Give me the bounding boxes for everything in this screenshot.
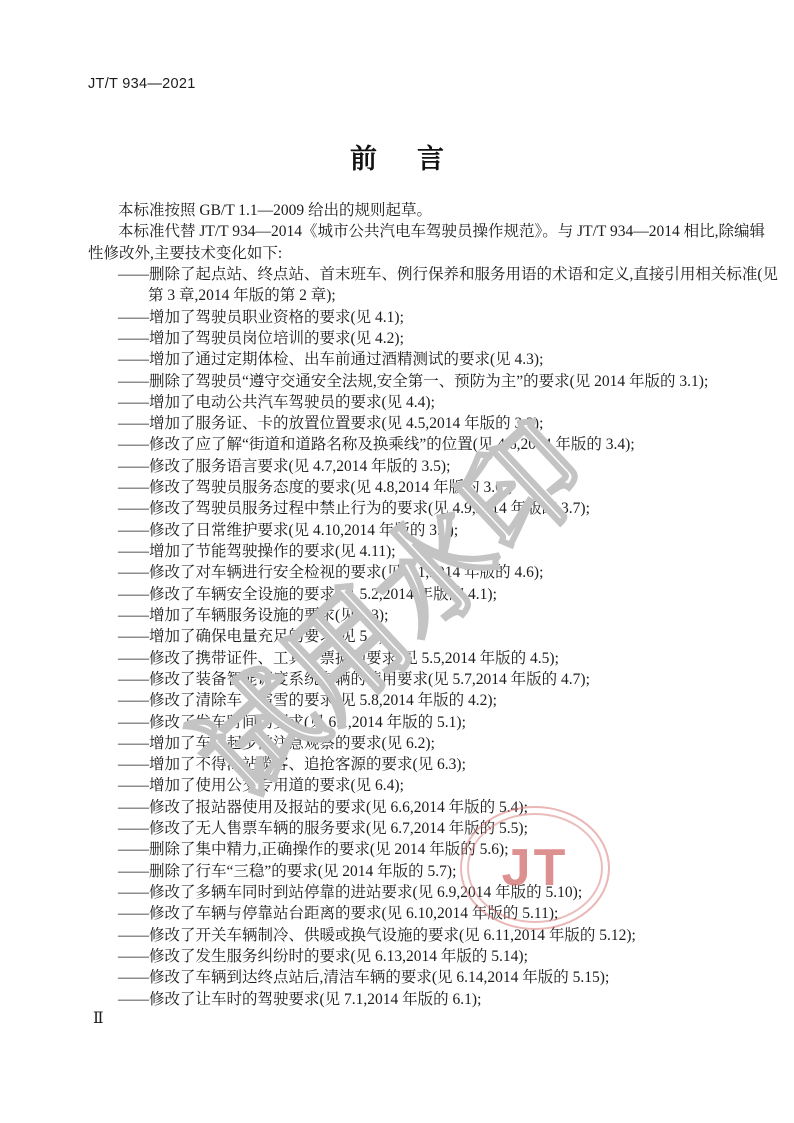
foreword-line: 本标准代替 JT/T 934—2014《城市公共汽电车驾驶员操作规范》。与 JT… — [88, 221, 728, 242]
foreword-line: ——修改了报站器使用及报站的要求(见 6.6,2014 年版的 5.4); — [88, 797, 728, 818]
foreword-line: ——修改了车辆到达终点站后,清洁车辆的要求(见 6.14,2014 年版的 5.… — [88, 967, 728, 988]
foreword-body: 本标准按照 GB/T 1.1—2009 给出的规则起草。本标准代替 JT/T 9… — [88, 200, 728, 1010]
foreword-line: 第 3 章,2014 年版的第 2 章); — [88, 285, 728, 306]
foreword-line: ——修改了携带证件、工具、票据的要求(见 5.5,2014 年版的 4.5); — [88, 648, 728, 669]
foreword-line: ——修改了车辆安全设施的要求(见 5.2,2014 年版的 4.1); — [88, 584, 728, 605]
foreword-line: ——修改了清除车上霜雪的要求(见 5.8,2014 年版的 4.2); — [88, 690, 728, 711]
foreword-line: ——修改了应了解“街道和道路名称及换乘线”的位置(见 4.6,2014 年版的 … — [88, 434, 728, 455]
foreword-line: 性修改外,主要技术变化如下: — [88, 243, 728, 264]
foreword-line: ——增加了服务证、卡的放置位置要求(见 4.5,2014 年版的 3.2); — [88, 413, 728, 434]
foreword-line: ——修改了无人售票车辆的服务要求(见 6.7,2014 年版的 5.5); — [88, 818, 728, 839]
document-page: JT/T 934—2021 前言 本标准按照 GB/T 1.1—2009 给出的… — [0, 0, 794, 1123]
foreword-line: ——删除了行车“三稳”的要求(见 2014 年版的 5.7); — [88, 861, 728, 882]
page-number: Ⅱ — [93, 1009, 104, 1028]
foreword-line: ——增加了驾驶员岗位培训的要求(见 4.2); — [88, 328, 728, 349]
foreword-line: ——增加了确保电量充足的要求(见 5.4); — [88, 626, 728, 647]
title-char-2: 言 — [417, 137, 444, 176]
foreword-line: ——修改了服务语言要求(见 4.7,2014 年版的 3.5); — [88, 456, 728, 477]
foreword-line: ——增加了节能驾驶操作的要求(见 4.11); — [88, 541, 728, 562]
foreword-line: 本标准按照 GB/T 1.1—2009 给出的规则起草。 — [88, 200, 728, 221]
foreword-line: ——修改了让车时的驾驶要求(见 7.1,2014 年版的 6.1); — [88, 989, 728, 1010]
foreword-line: ——修改了对车辆进行安全检视的要求(见 5.1,2014 年版的 4.6); — [88, 562, 728, 583]
foreword-line: ——增加了车辆起步前注意观察的要求(见 6.2); — [88, 733, 728, 754]
foreword-line: ——删除了起点站、终点站、首末班车、例行保养和服务用语的术语和定义,直接引用相关… — [88, 264, 728, 285]
foreword-line: ——修改了开关车辆制冷、供暖或换气设施的要求(见 6.11,2014 年版的 5… — [88, 925, 728, 946]
foreword-line: ——修改了车辆与停靠站台距离的要求(见 6.10,2014 年版的 5.11); — [88, 903, 728, 924]
foreword-line: ——修改了装备智能调度系统车辆的使用要求(见 5.7,2014 年版的 4.7)… — [88, 669, 728, 690]
foreword-line: ——修改了驾驶员服务态度的要求(见 4.8,2014 年版的 3.6); — [88, 477, 728, 498]
foreword-line: ——删除了集中精力,正确操作的要求(见 2014 年版的 5.6); — [88, 839, 728, 860]
foreword-line: ——增加了通过定期体检、出车前通过酒精测试的要求(见 4.3); — [88, 349, 728, 370]
title-char-1: 前 — [350, 137, 377, 176]
foreword-line: ——修改了多辆车同时到站停靠的进站要求(见 6.9,2014 年版的 5.10)… — [88, 882, 728, 903]
foreword-line: ——增加了驾驶员职业资格的要求(见 4.1); — [88, 307, 728, 328]
foreword-line: ——修改了日常维护要求(见 4.10,2014 年版的 3.8); — [88, 520, 728, 541]
page-title: 前言 — [0, 137, 794, 176]
foreword-line: ——修改了驾驶员服务过程中禁止行为的要求(见 4.9,2014 年版的 3.7)… — [88, 498, 728, 519]
standard-number: JT/T 934—2021 — [88, 76, 196, 92]
foreword-line: ——增加了使用公交专用道的要求(见 6.4); — [88, 775, 728, 796]
foreword-line: ——增加了不得滞站揽客、追抢客源的要求(见 6.3); — [88, 754, 728, 775]
foreword-line: ——增加了车辆服务设施的要求(见 5.3); — [88, 605, 728, 626]
foreword-line: ——修改了发生服务纠纷时的要求(见 6.13,2014 年版的 5.14); — [88, 946, 728, 967]
foreword-line: ——增加了电动公共汽车驾驶员的要求(见 4.4); — [88, 392, 728, 413]
foreword-line: ——修改了发车时间的要求(见 6.1,2014 年版的 5.1); — [88, 712, 728, 733]
foreword-line: ——删除了驾驶员“遵守交通安全法规,安全第一、预防为主”的要求(见 2014 年… — [88, 371, 728, 392]
